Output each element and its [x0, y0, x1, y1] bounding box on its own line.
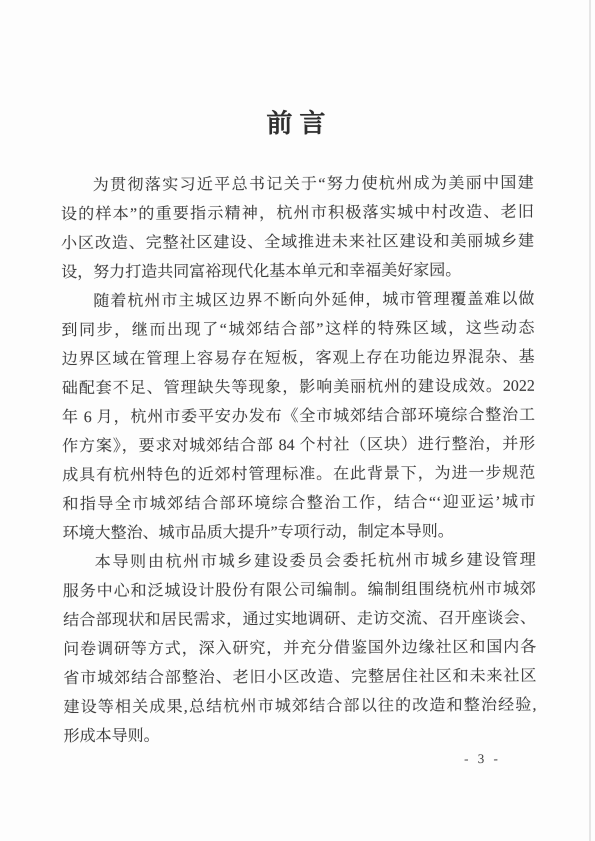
document-page: 前言 为贯彻落实习近平总书记关于“努力使杭州成为美丽中国建 设的样本”的重要指示…	[0, 0, 595, 841]
page-number: - 3 -	[464, 751, 501, 767]
text-line: 省市城郊结合部整治、老旧小区改造、完整居住社区和未来社区	[63, 662, 536, 693]
scanned-content: 前言 为贯彻落实习近平总书记关于“努力使杭州成为美丽中国建 设的样本”的重要指示…	[0, 0, 595, 841]
text-line: 问卷调研等方式，深入研究，并充分借鉴国外边缘社区和国内各	[63, 633, 536, 664]
text-line: 和指导全市城郊结合部环境综合整治工作，结合“‘迎亚运’城市	[62, 488, 535, 519]
text-line: 建设等相关成果,总结杭州市城郊结合部以往的改造和整治经验,	[63, 691, 536, 722]
text-line: 到同步，继而出现了“城郊结合部”这样的特殊区域，这些动态	[61, 314, 534, 345]
text-line: 结合部现状和居民需求，通过实地调研、走访交流、召开座谈会、	[63, 604, 536, 635]
text-line: 形成本导则。	[64, 720, 537, 751]
text-line: 边界区域在管理上容易存在短板，客观上存在功能边界混杂、基	[62, 343, 535, 374]
paragraph: 本导则由杭州市城乡建设委员会委托杭州市城乡建设管理 服务中心和泛城设计股份有限公…	[63, 546, 537, 751]
text-line: 小区改造、完整社区建设、全域推进未来社区建设和美丽城乡建	[61, 227, 534, 258]
text-line: 为贯彻落实习近平总书记关于“努力使杭州成为美丽中国建	[61, 169, 534, 200]
text-line: 成具有杭州特色的近郊村管理标准。在此背景下，为进一步规范	[62, 459, 535, 490]
text-line: 环境大整治、城市品质大提升”专项行动，制定本导则。	[63, 517, 536, 548]
text-line: 设，努力打造共同富裕现代化基本单元和幸福美好家园。	[61, 256, 534, 287]
paragraph: 为贯彻落实习近平总书记关于“努力使杭州成为美丽中国建 设的样本”的重要指示精神，…	[61, 169, 535, 287]
document-body: 为贯彻落实习近平总书记关于“努力使杭州成为美丽中国建 设的样本”的重要指示精神，…	[61, 169, 537, 751]
text-line: 服务中心和泛城设计股份有限公司编制。编制组围绕杭州市城郊	[63, 575, 536, 606]
text-line: 设的样本”的重要指示精神，杭州市积极落实城中村改造、老旧	[61, 198, 534, 229]
text-line: 作方案》，要求对城郊结合部 84 个村社（区块）进行整治，并形	[62, 430, 535, 461]
text-line: 础配套不足、管理缺失等现象，影响美丽杭州的建设成效。2022	[62, 372, 535, 403]
text-line: 随着杭州市主城区边界不断向外延伸，城市管理覆盖难以做	[61, 285, 534, 316]
text-line: 本导则由杭州市城乡建设委员会委托杭州市城乡建设管理	[63, 546, 536, 577]
paragraph: 随着杭州市主城区边界不断向外延伸，城市管理覆盖难以做 到同步，继而出现了“城郊结…	[61, 285, 535, 548]
page-title: 前言	[0, 101, 594, 141]
text-line: 年 6 月，杭州市委平安办发布《全市城郊结合部环境综合整治工	[62, 401, 535, 432]
